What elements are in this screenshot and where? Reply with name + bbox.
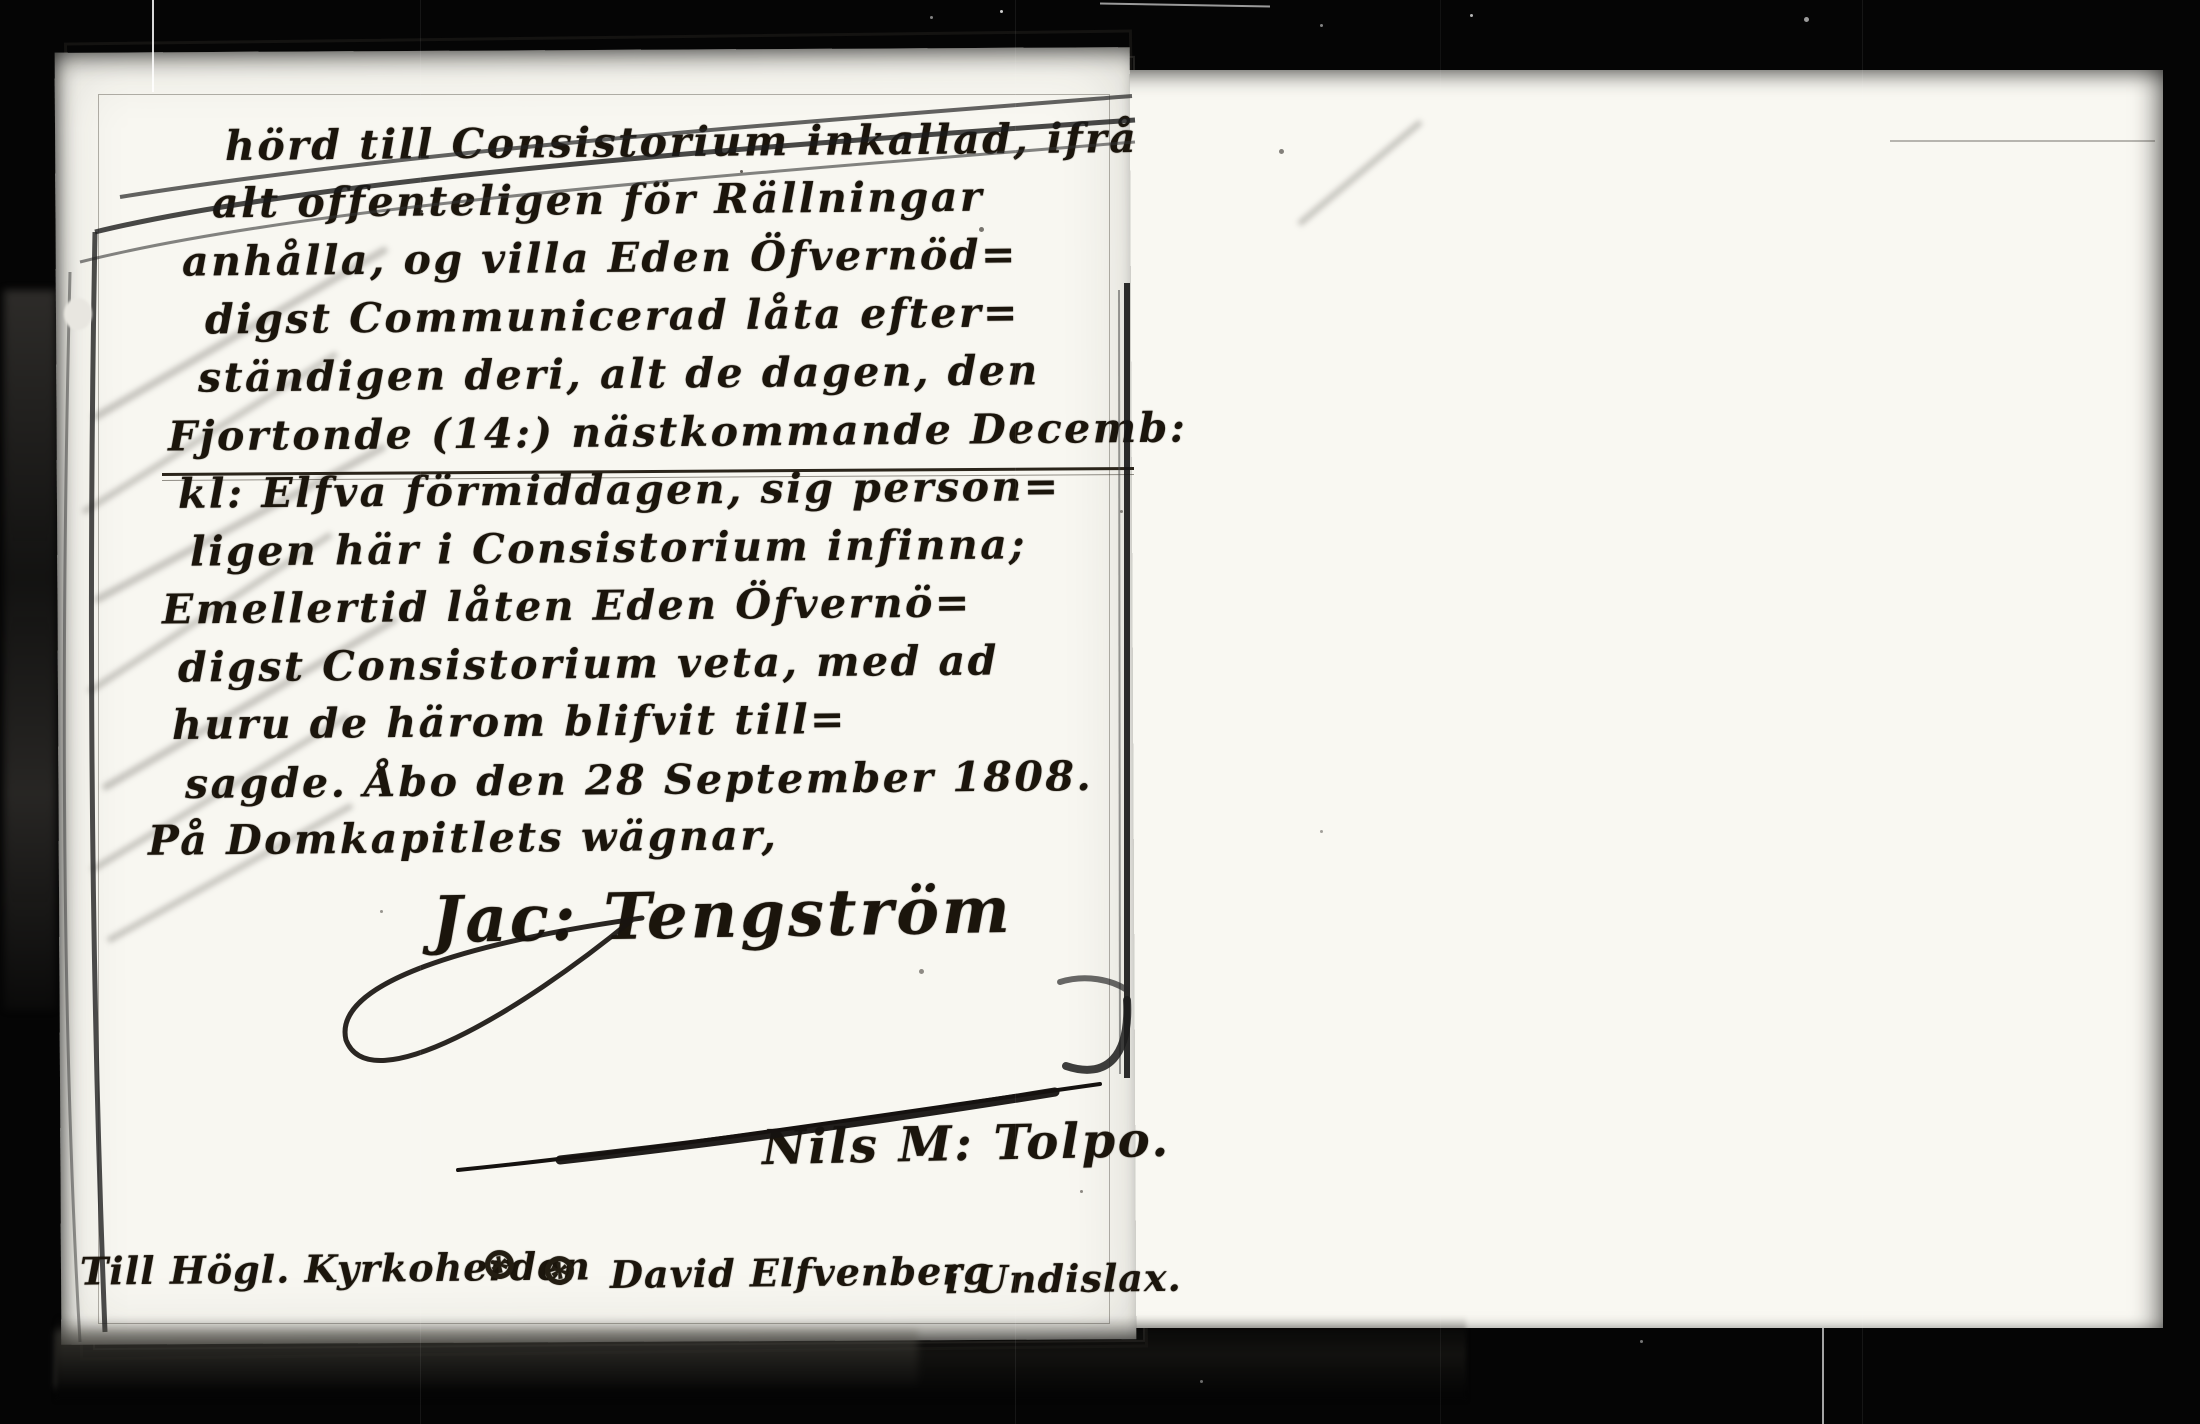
manuscript-line: digst Communicerad låta efter= — [205, 288, 1020, 343]
manuscript-line-dateline: sagde. Åbo den 28 September 1808. — [185, 752, 1094, 808]
film-scratch-bright — [1822, 1328, 1824, 1424]
left-film-smudge — [4, 290, 56, 1010]
film-scratch — [420, 0, 421, 1424]
manuscript-line-underlined: Fjortonde (14:) nästkommande Decemb: — [168, 404, 1188, 461]
microfilm-scan: { "colors": { "film_black": "#050505", "… — [0, 0, 2200, 1424]
bottom-shadow-band — [56, 1316, 1466, 1400]
dust-specks-dark — [420, 210, 423, 213]
film-scratch — [1862, 0, 1863, 1424]
seal-star-icon: ⊛ — [536, 1240, 582, 1299]
manuscript-line: Emellertid låten Eden Öfvernö= — [162, 578, 972, 633]
manuscript-line: alt offenteligen för Rällningar — [212, 173, 984, 228]
manuscript-line: huru de härom blifvit till= — [172, 695, 847, 749]
countersignature-nils-tolpo: Nils M: Tolpo. — [761, 1112, 1171, 1177]
address-suffix: i Undislax. — [945, 1255, 1182, 1302]
address-name: David Elfvenberg — [610, 1248, 991, 1297]
manuscript-line: kl: Elfva förmiddagen, sig person= — [178, 462, 1061, 518]
manuscript-line: ständigen deri, alt de dagen, den — [198, 346, 1040, 401]
dust-specks-white — [1000, 10, 1003, 13]
manuscript-line-closing: På Domkapitlets wägnar, — [148, 811, 779, 864]
film-scratch — [1015, 0, 1016, 1424]
seal-star-icon: ⊛ — [476, 1234, 522, 1293]
manuscript-line: hörd till Consistorium inkallad, ifrå — [225, 114, 1139, 170]
manuscript-line: anhålla, og villa Eden Öfvernöd= — [182, 230, 1018, 285]
manuscript-line: digst Consistorium veta, med ad — [178, 636, 999, 691]
film-blotch — [64, 298, 92, 330]
right-page-blank — [1105, 70, 2163, 1328]
signature-jac-tengstrom: Jac: Tengström — [431, 873, 1013, 958]
film-scratch-bright — [1100, 3, 1270, 8]
film-scratch — [1440, 0, 1441, 1424]
pencil-line — [1890, 140, 2155, 142]
manuscript-line: ligen här i Consistorium infinna; — [190, 520, 1027, 575]
film-scratch-bright — [152, 0, 154, 92]
